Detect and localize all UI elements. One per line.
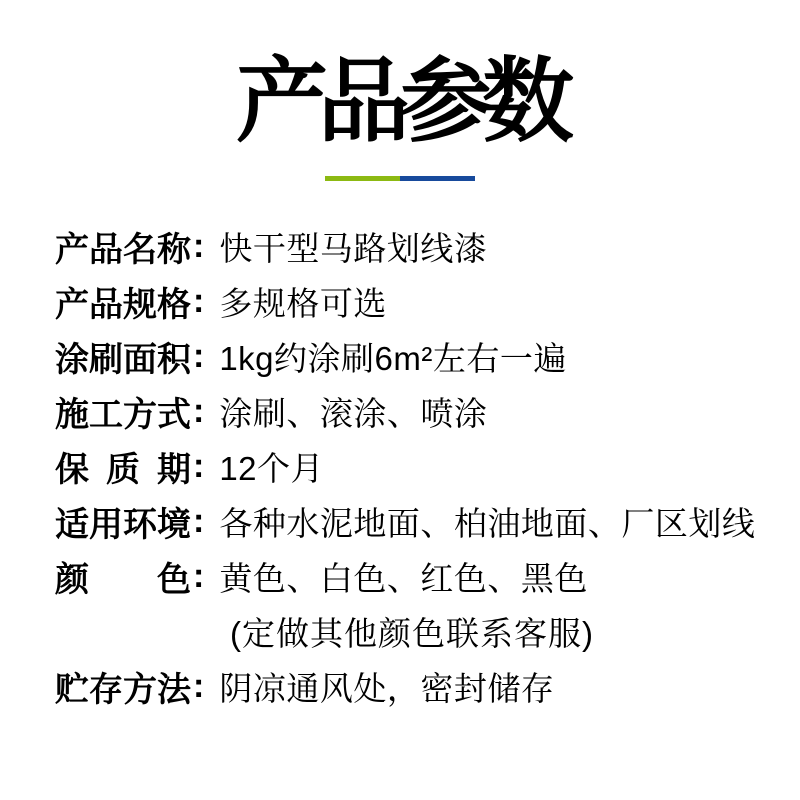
spec-row-product-spec: 产品规格 : 多规格可选 xyxy=(55,274,770,329)
page-title: 产品参数 xyxy=(0,52,800,152)
spec-row-suitable-environment: 适用环境 : 各种水泥地面、柏油地面、厂区划线 xyxy=(55,494,770,549)
spec-row-color: 颜色 : 黄色、白色、红色、黑色 xyxy=(55,549,770,604)
spec-colon: : xyxy=(193,392,204,431)
spec-label: 产品名称 xyxy=(55,222,191,271)
divider-blue-segment xyxy=(400,176,475,181)
spec-value: 多规格可选 xyxy=(219,278,387,325)
spec-colon: : xyxy=(193,502,204,541)
spec-colon: : xyxy=(193,447,204,486)
spec-colon: : xyxy=(193,667,204,706)
spec-label: 颜色 xyxy=(55,552,191,601)
spec-label: 适用环境 xyxy=(55,497,191,546)
spec-note: (定做其他颜色联系客服) xyxy=(230,608,594,655)
spec-value: 各种水泥地面、柏油地面、厂区划线 xyxy=(219,498,755,545)
spec-value: 涂刷、滚涂、喷涂 xyxy=(219,388,487,435)
spec-label: 涂刷面积 xyxy=(55,332,191,381)
spec-label: 保质期 xyxy=(55,442,191,491)
title-divider xyxy=(325,176,475,181)
spec-colon: : xyxy=(193,337,204,376)
spec-colon: : xyxy=(193,227,204,266)
spec-value: 快干型马路划线漆 xyxy=(219,223,487,270)
spec-row-application-method: 施工方式 : 涂刷、滚涂、喷涂 xyxy=(55,384,770,439)
spec-value: 1kg约涂刷6m²左右一遍 xyxy=(219,333,567,380)
spec-value: 阴凉通风处，密封储存 xyxy=(219,663,554,710)
spec-colon: : xyxy=(193,557,204,596)
spec-value: 12个月 xyxy=(219,443,324,490)
spec-row-shelf-life: 保质期 : 12个月 xyxy=(55,439,770,494)
spec-row-storage-method: 贮存方法 : 阴凉通风处，密封储存 xyxy=(55,659,770,714)
spec-row-product-name: 产品名称 : 快干型马路划线漆 xyxy=(55,219,770,274)
spec-colon: : xyxy=(193,282,204,321)
spec-label: 施工方式 xyxy=(55,387,191,436)
divider-green-segment xyxy=(325,176,400,181)
spec-list: 产品名称 : 快干型马路划线漆 产品规格 : 多规格可选 涂刷面积 : 1kg约… xyxy=(55,219,770,714)
product-parameters-panel: 产品参数 产品名称 : 快干型马路划线漆 产品规格 : 多规格可选 涂刷面积 :… xyxy=(0,0,800,800)
spec-row-coverage-area: 涂刷面积 : 1kg约涂刷6m²左右一遍 xyxy=(55,329,770,384)
spec-label: 产品规格 xyxy=(55,277,191,326)
spec-row-color-note: (定做其他颜色联系客服) xyxy=(55,604,770,659)
spec-label: 贮存方法 xyxy=(55,662,191,711)
spec-value: 黄色、白色、红色、黑色 xyxy=(219,553,588,600)
